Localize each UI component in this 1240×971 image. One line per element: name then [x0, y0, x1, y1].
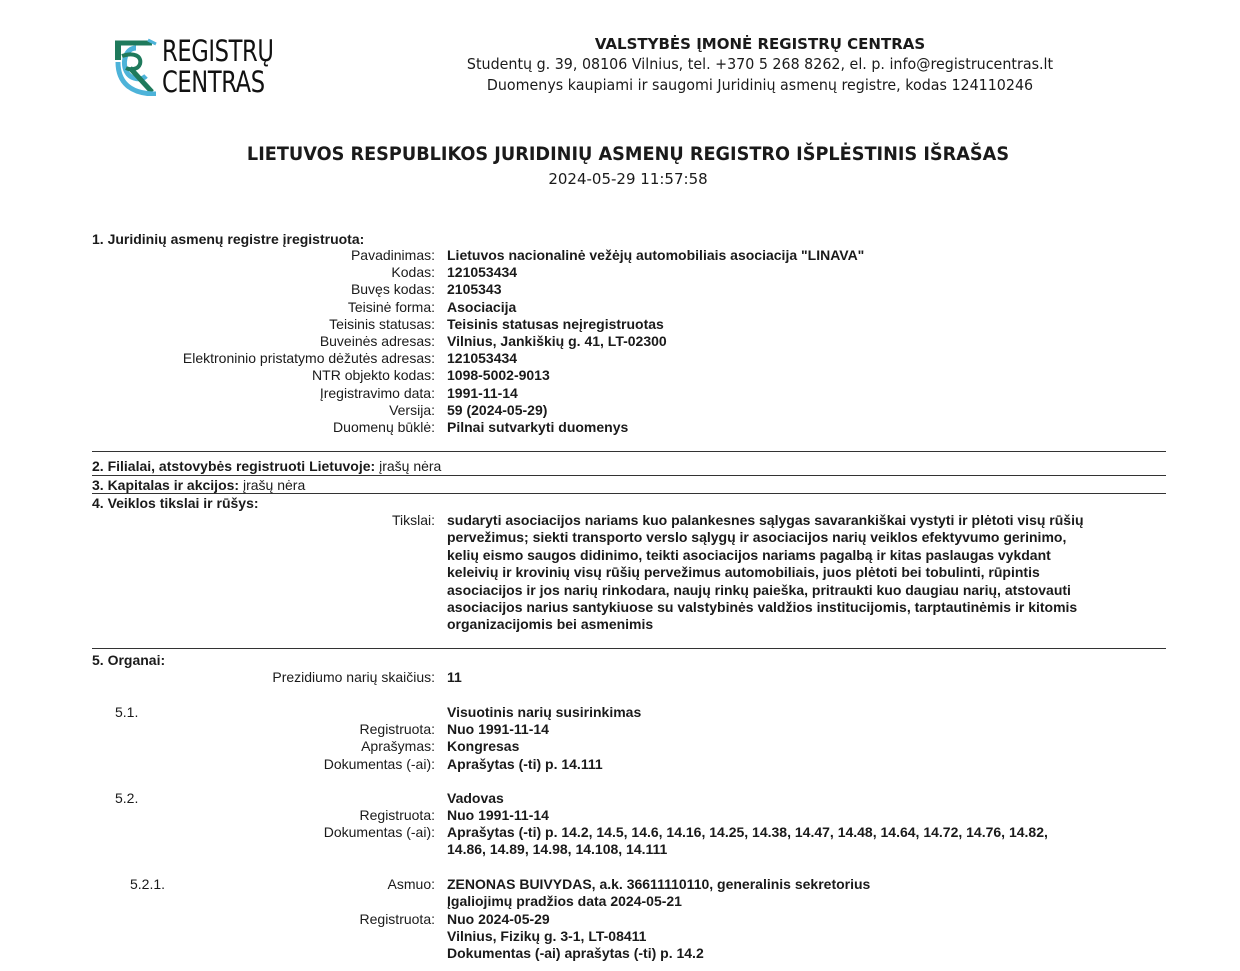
goals-line: sudaryti asociacijos nariams kuo palanke…: [447, 512, 1167, 529]
field-value: Teisinis statusas neįregistruotas: [447, 316, 664, 333]
field-label: Buvęs kodas:: [351, 281, 435, 298]
issuer-register-info: Duomenys kaupiami ir saugomi Juridinių a…: [466, 75, 1055, 96]
section-3-title: 3. Kapitalas ir akcijos:: [92, 477, 239, 493]
issuer-address: Studentų g. 39, 08106 Vilnius, tel. +370…: [466, 54, 1055, 75]
field-value: 1098-5002-9013: [447, 367, 550, 384]
goals-line: pervežimus; siekti transporto verslo sąl…: [447, 529, 1167, 546]
person-label: Asmuo:: [388, 876, 435, 893]
registered-value: Nuo 2024-05-29: [447, 911, 550, 928]
documents-value: Aprašytas (-ti) p. 14.111: [447, 756, 603, 773]
document-datetime: 2024-05-29 11:57:58: [0, 170, 1240, 189]
registered-label: Registruota:: [360, 911, 435, 928]
description-value: Kongresas: [447, 738, 519, 755]
organ-5-1-number: 5.1.: [115, 704, 138, 721]
field-value: Lietuvos nacionalinė vežėjų automobiliai…: [447, 247, 864, 264]
goals-line: asociacijos ir jos narių rinkodara, nauj…: [447, 582, 1167, 599]
field-value: Vilnius, Jankiškių g. 41, LT-02300: [447, 333, 667, 350]
logo-line-2: CENTRAS: [162, 67, 274, 98]
documents-value-line-2: 14.86, 14.89, 14.98, 14.108, 14.111: [447, 841, 667, 858]
section-2-value: įrašų nėra: [379, 458, 441, 474]
section-2-title: 2. Filialai, atstovybės registruoti Liet…: [92, 458, 375, 474]
organ-5-1-name: Visuotinis narių susirinkimas: [447, 704, 641, 721]
registered-value: Nuo 1991-11-14: [447, 721, 549, 738]
registered-value: Nuo 1991-11-14: [447, 807, 549, 824]
registru-centras-logo: REGISTRŲ CENTRAS: [112, 36, 302, 98]
organ-5-2-number: 5.2.: [115, 790, 138, 807]
organ-5-2-name: Vadovas: [447, 790, 504, 807]
divider: [92, 451, 1166, 452]
section-3-heading: 3. Kapitalas ir akcijos: įrašų nėra: [92, 477, 305, 494]
field-value: Pilnai sutvarkyti duomenys: [447, 419, 628, 436]
document-title: LIETUVOS RESPUBLIKOS JURIDINIŲ ASMENŲ RE…: [44, 142, 1212, 166]
field-value: Asociacija: [447, 299, 516, 316]
field-label: NTR objekto kodas:: [312, 367, 435, 384]
presidium-label: Prezidiumo narių skaičius:: [272, 669, 435, 686]
field-label: Elektroninio pristatymo dėžutės adresas:: [183, 350, 435, 367]
field-label: Įregistravimo data:: [320, 385, 435, 402]
documents-label: Dokumentas (-ai):: [324, 824, 435, 841]
logo-wordmark: REGISTRŲ CENTRAS: [162, 36, 274, 98]
field-value: 121053434: [447, 264, 517, 281]
description-label: Aprašymas:: [361, 738, 435, 755]
field-label: Duomenų būklė:: [333, 419, 435, 436]
registered-label: Registruota:: [360, 721, 435, 738]
issuer-name: VALSTYBĖS ĮMONĖ REGISTRŲ CENTRAS: [440, 34, 1080, 54]
goals-line: organizacijomis bei asmenimis: [447, 616, 1167, 633]
field-label: Versija:: [389, 402, 435, 419]
documents-value-line-1: Aprašytas (-ti) p. 14.2, 14.5, 14.6, 14.…: [447, 824, 1048, 841]
section-5-heading: 5. Organai:: [92, 652, 165, 669]
field-label: Kodas:: [391, 264, 435, 281]
logo-line-1: REGISTRŲ: [162, 36, 274, 67]
organ-5-2-1-number: 5.2.1.: [130, 876, 165, 893]
section-4-heading: 4. Veiklos tikslai ir rūšys:: [92, 495, 259, 512]
goals-line: asociacijos narius santykiuose su valsty…: [447, 599, 1167, 616]
person-value: ZENONAS BUIVYDAS, a.k. 36611110110, gene…: [447, 876, 870, 893]
section-1-heading: 1. Juridinių asmenų registre įregistruot…: [92, 231, 364, 248]
mandate-start: Įgaliojimų pradžios data 2024-05-21: [447, 893, 682, 910]
field-value: 2105343: [447, 281, 502, 298]
goals-text: sudaryti asociacijos nariams kuo palanke…: [447, 512, 1167, 634]
goals-line: kelių eismo saugos didinimo, teikti asoc…: [447, 547, 1167, 564]
registru-centras-logo-icon: [112, 38, 160, 96]
divider: [92, 475, 1166, 476]
presidium-value: 11: [447, 669, 462, 686]
field-label: Teisinė forma:: [348, 299, 435, 316]
field-label: Buveinės adresas:: [320, 333, 435, 350]
goals-line: keleivių ir krovinių visų rūšių pervežim…: [447, 564, 1167, 581]
section-2-heading: 2. Filialai, atstovybės registruoti Liet…: [92, 458, 441, 475]
goals-label: Tikslai:: [392, 512, 435, 529]
field-label: Teisinis statusas:: [329, 316, 435, 333]
field-value: 59 (2024-05-29): [447, 402, 547, 419]
divider: [92, 648, 1166, 649]
divider: [92, 493, 1166, 494]
field-value: 121053434: [447, 350, 517, 367]
section-3-value: įrašų nėra: [243, 477, 305, 493]
person-documents: Dokumentas (-ai) aprašytas (-ti) p. 14.2: [447, 945, 704, 962]
documents-label: Dokumentas (-ai):: [324, 756, 435, 773]
registered-label: Registruota:: [360, 807, 435, 824]
field-value: 1991-11-14: [447, 385, 518, 402]
person-address: Vilnius, Fizikų g. 3-1, LT-08411: [447, 928, 646, 945]
field-label: Pavadinimas:: [351, 247, 435, 264]
issuer-header: VALSTYBĖS ĮMONĖ REGISTRŲ CENTRAS Student…: [440, 34, 1080, 96]
